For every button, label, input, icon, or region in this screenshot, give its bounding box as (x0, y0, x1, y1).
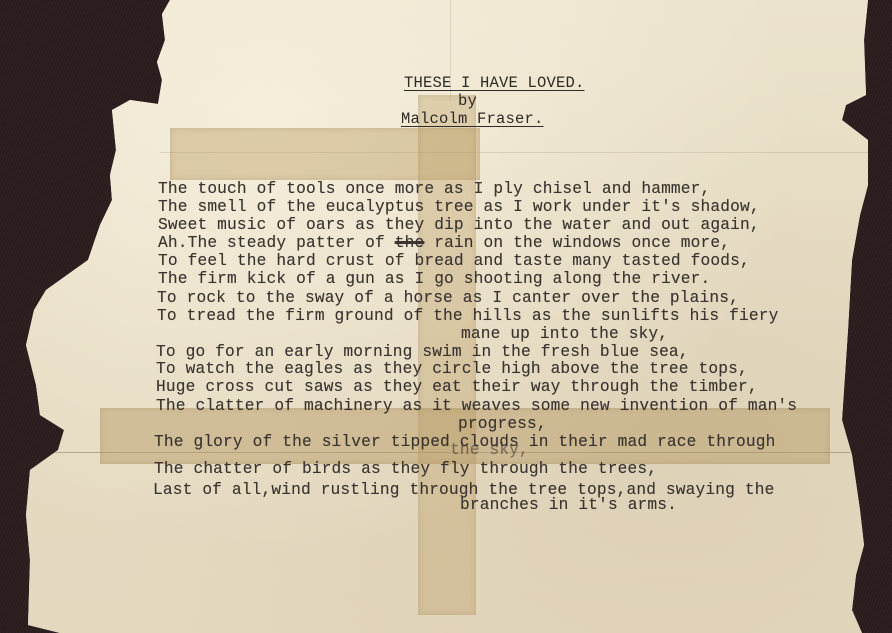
poem-line-continuation: branches in it's arms. (460, 496, 677, 514)
poem-line: To feel the hard crust of bread and tast… (158, 252, 750, 270)
poem-line-continuation: the sky, (450, 441, 529, 459)
poem-body: The touch of tools once more as I ply ch… (0, 0, 892, 633)
poem-line: The clatter of machinery as it weaves so… (156, 397, 797, 415)
poem-line: The chatter of birds as they fly through… (154, 460, 657, 478)
poem-line: Sweet music of oars as they dip into the… (158, 216, 760, 234)
poem-line: The touch of tools once more as I ply ch… (158, 180, 710, 198)
poem-line: To watch the eagles as they circle high … (156, 360, 748, 378)
poem-line-continuation: mane up into the sky, (461, 325, 668, 343)
poem-line: To go for an early morning swim in the f… (156, 343, 689, 361)
struck-word: the (395, 234, 425, 252)
poem-line: To tread the firm ground of the hills as… (157, 307, 778, 325)
poem-line: Ah.The steady patter of the rain on the … (158, 234, 730, 252)
poem-line-continuation: progress, (458, 415, 547, 433)
poem-line: The smell of the eucalyptus tree as I wo… (158, 198, 760, 216)
poem-line: To rock to the sway of a horse as I cant… (157, 289, 739, 307)
poem-line: The firm kick of a gun as I go shooting … (158, 270, 710, 288)
poem-line: Huge cross cut saws as they eat their wa… (156, 378, 758, 396)
typewritten-paper-sheet: THESE I HAVE LOVED. by Malcolm Fraser. T… (0, 0, 892, 633)
